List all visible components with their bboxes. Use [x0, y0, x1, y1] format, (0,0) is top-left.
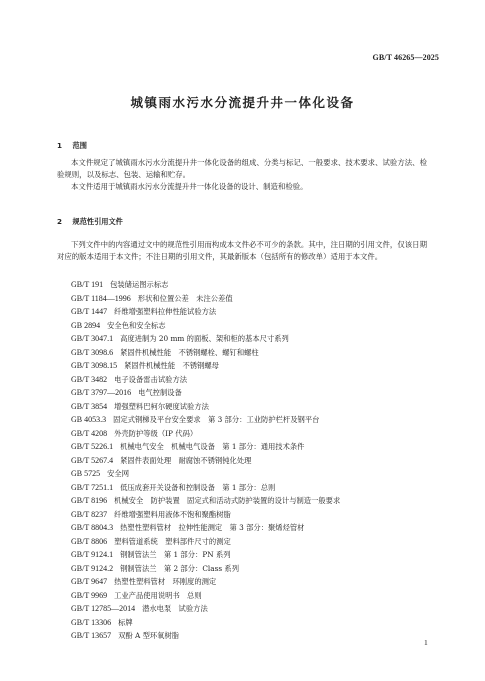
reference-item: GB/T 8237纤维增强塑料用液体不饱和聚酯树脂 [71, 508, 340, 522]
section-title: 范围 [73, 141, 87, 150]
reference-item: GB/T 9124.2钢制管法兰 第 2 部分：Class 系列 [71, 562, 340, 576]
reference-title: 潜水电泵 试验方法 [142, 604, 208, 613]
document-title: 城镇雨水污水分流提升井一体化设备 [0, 93, 485, 111]
reference-item: GB/T 191包装储运图示标志 [71, 278, 340, 292]
reference-code: GB/T 9124.1 [71, 550, 113, 559]
reference-code: GB/T 3854 [71, 402, 107, 411]
reference-item: GB/T 5267.4紧固件表面处理 耐腐蚀不锈钢钝化处理 [71, 454, 340, 468]
section-title: 规范性引用文件 [73, 217, 123, 226]
reference-item: GB/T 3482电子设备雷击试验方法 [71, 373, 340, 387]
reference-item: GB/T 3098.6紧固件机械性能 不锈钢螺栓、螺钉和螺柱 [71, 346, 340, 360]
reference-item: GB/T 12785—2014潜水电泵 试验方法 [71, 602, 340, 616]
reference-item: GB 5725安全网 [71, 467, 340, 481]
reference-code: GB/T 3482 [71, 375, 107, 384]
reference-title: 热塑性塑料管材 拉伸性能测定 第 3 部分：聚烯烃管材 [120, 523, 304, 532]
reference-code: GB 2894 [71, 321, 100, 330]
reference-title: 电气控制设备 [138, 388, 182, 397]
reference-item: GB/T 7251.1低压成套开关设备和控制设备 第 1 部分：总则 [71, 481, 340, 495]
reference-title: 电子设备雷击试验方法 [114, 375, 187, 384]
reference-title: 紧固件机械性能 不锈钢螺栓、螺钉和螺柱 [120, 348, 259, 357]
reference-title: 机械电气安全 机械电气设备 第 1 部分：通用技术条件 [120, 442, 304, 451]
reference-code: GB/T 1184—1996 [71, 294, 131, 303]
reference-title: 紧固件机械性能 不锈钢螺母 [124, 361, 219, 370]
reference-title: 包装储运图示标志 [110, 280, 168, 289]
reference-title: 形状和位置公差 未注公差值 [138, 294, 233, 303]
reference-item: GB/T 9969工业产品使用说明书 总则 [71, 589, 340, 603]
reference-item: GB/T 8806塑料管道系统 塑料部件尺寸的测定 [71, 535, 340, 549]
reference-item: GB/T 9647热塑性塑料管材 环刚度的测定 [71, 575, 340, 589]
reference-code: GB/T 3098.6 [71, 348, 113, 357]
reference-code: GB/T 9969 [71, 591, 107, 600]
reference-code: GB/T 191 [71, 280, 103, 289]
reference-item: GB/T 13657双酚 A 型环氧树脂 [71, 629, 340, 643]
reference-code: GB/T 8196 [71, 496, 107, 505]
reference-title: 双酚 A 型环氧树脂 [118, 631, 179, 640]
reference-title: 钢制管法兰 第 2 部分：Class 系列 [120, 564, 239, 573]
reference-code: GB/T 1447 [71, 307, 107, 316]
paragraph: 下列文件中的内容通过文中的规范性引用而构成本文件必不可少的条款。其中，注日期的引… [57, 239, 427, 263]
reference-title: 高度进制为 20 mm 的面板、架和柜的基本尺寸系列 [120, 334, 289, 343]
reference-code: GB/T 13306 [71, 618, 111, 627]
paragraph: 本文件适用于城镇雨水污水分流提升井一体化设备的设计、制造和检验。 [57, 181, 427, 193]
reference-code: GB/T 3047.1 [71, 334, 113, 343]
reference-item: GB/T 3098.15紧固件机械性能 不锈钢螺母 [71, 359, 340, 373]
reference-code: GB/T 12785—2014 [71, 604, 135, 613]
reference-item: GB/T 3047.1高度进制为 20 mm 的面板、架和柜的基本尺寸系列 [71, 332, 340, 346]
reference-title: 安全网 [107, 469, 129, 478]
reference-title: 工业产品使用说明书 总则 [114, 591, 202, 600]
reference-code: GB 5725 [71, 469, 100, 478]
section-number: 2 [57, 217, 70, 226]
reference-list: GB/T 191包装储运图示标志 GB/T 1184—1996形状和位置公差 未… [71, 278, 340, 643]
reference-title: 热塑性塑料管材 环刚度的测定 [114, 577, 216, 586]
normative-references-intro: 下列文件中的内容通过文中的规范性引用而构成本文件必不可少的条款。其中，注日期的引… [57, 239, 427, 263]
reference-code: GB/T 5267.4 [71, 456, 113, 465]
reference-code: GB/T 3098.15 [71, 361, 117, 370]
reference-code: GB/T 8806 [71, 537, 107, 546]
reference-title: 钢制管法兰 第 1 部分：PN 系列 [120, 550, 230, 559]
reference-item: GB/T 9124.1钢制管法兰 第 1 部分：PN 系列 [71, 548, 340, 562]
reference-code: GB/T 9647 [71, 577, 107, 586]
reference-item: GB 2894安全色和安全标志 [71, 319, 340, 333]
reference-item: GB/T 4208外壳防护等级（IP 代码） [71, 427, 340, 441]
reference-title: 低压成套开关设备和控制设备 第 1 部分：总则 [120, 483, 275, 492]
reference-code: GB/T 5226.1 [71, 442, 113, 451]
reference-title: 固定式钢梯及平台安全要求 第 3 部分：工业防护栏杆及钢平台 [113, 415, 319, 424]
standard-code: GB/T 46265—2025 [373, 53, 439, 62]
reference-code: GB/T 7251.1 [71, 483, 113, 492]
reference-code: GB/T 8804.3 [71, 523, 113, 532]
reference-item: GB/T 1447纤维增强塑料拉伸性能试验方法 [71, 305, 340, 319]
reference-title: 纤维增强塑料用液体不饱和聚酯树脂 [114, 510, 231, 519]
reference-title: 安全色和安全标志 [107, 321, 165, 330]
reference-code: GB/T 9124.2 [71, 564, 113, 573]
reference-title: 塑料管道系统 塑料部件尺寸的测定 [114, 537, 231, 546]
reference-code: GB/T 8237 [71, 510, 107, 519]
reference-title: 机械安全 防护装置 固定式和活动式防护装置的设计与制造一般要求 [114, 496, 340, 505]
reference-code: GB/T 13657 [71, 631, 111, 640]
paragraph: 本文件规定了城镇雨水污水分流提升井一体化设备的组成、分类与标记、一般要求、技术要… [57, 157, 427, 181]
reference-item: GB 4053.3固定式钢梯及平台安全要求 第 3 部分：工业防护栏杆及钢平台 [71, 413, 340, 427]
section-heading-normative-references: 2 规范性引用文件 [57, 217, 123, 227]
section-number: 1 [57, 141, 70, 150]
reference-code: GB/T 4208 [71, 429, 107, 438]
reference-title: 紧固件表面处理 耐腐蚀不锈钢钝化处理 [120, 456, 251, 465]
scope-body: 本文件规定了城镇雨水污水分流提升井一体化设备的组成、分类与标记、一般要求、技术要… [57, 157, 427, 193]
reference-title: 纤维增强塑料拉伸性能试验方法 [114, 307, 216, 316]
reference-title: 增强塑料巴柯尔硬度试验方法 [114, 402, 209, 411]
reference-item: GB/T 5226.1机械电气安全 机械电气设备 第 1 部分：通用技术条件 [71, 440, 340, 454]
reference-item: GB/T 3797—2016电气控制设备 [71, 386, 340, 400]
section-heading-scope: 1 范围 [57, 141, 87, 151]
reference-code: GB/T 3797—2016 [71, 388, 131, 397]
reference-item: GB/T 8196机械安全 防护装置 固定式和活动式防护装置的设计与制造一般要求 [71, 494, 340, 508]
reference-title: 外壳防护等级（IP 代码） [114, 429, 197, 438]
reference-code: GB 4053.3 [71, 415, 106, 424]
reference-item: GB/T 1184—1996形状和位置公差 未注公差值 [71, 292, 340, 306]
reference-item: GB/T 8804.3热塑性塑料管材 拉伸性能测定 第 3 部分：聚烯烃管材 [71, 521, 340, 535]
page-number: 1 [424, 638, 428, 647]
reference-item: GB/T 3854增强塑料巴柯尔硬度试验方法 [71, 400, 340, 414]
reference-item: GB/T 13306标牌 [71, 616, 340, 630]
reference-title: 标牌 [118, 618, 133, 627]
